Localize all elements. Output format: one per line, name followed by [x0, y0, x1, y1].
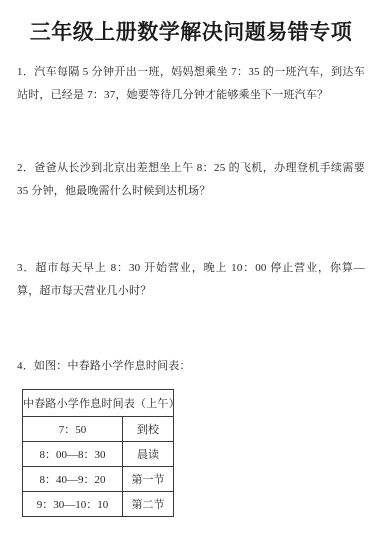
- schedule-table-header-row: 中春路小学作息时间表（上午）: [23, 390, 174, 417]
- time-cell: 7：50: [23, 417, 123, 442]
- schedule-table-title: 中春路小学作息时间表（上午）: [23, 390, 174, 417]
- page-title: 三年级上册数学解决问题易错专项: [17, 0, 365, 45]
- schedule-table: 中春路小学作息时间表（上午） 7：50 到校 8：00—8：30 晨读 8：40…: [22, 389, 174, 517]
- question-1: 1．汽车每隔 5 分钟开出一班，妈妈想乘坐 7：35 的一班汽车，到达车站时，已…: [17, 61, 365, 107]
- activity-cell: 晨读: [123, 442, 174, 467]
- table-row: 8：00—8：30 晨读: [23, 442, 174, 467]
- table-row: 7：50 到校: [23, 417, 174, 442]
- activity-cell: 到校: [123, 417, 174, 442]
- activity-cell: 第二节: [123, 492, 174, 517]
- table-row: 9：30—10：10 第二节: [23, 492, 174, 517]
- question-2: 2．爸爸从长沙到北京出差想坐上午 8：25 的飞机，办理登机手续需要 35 分钟…: [17, 157, 365, 203]
- time-cell: 8：00—8：30: [23, 442, 123, 467]
- worksheet-page: 三年级上册数学解决问题易错专项 1．汽车每隔 5 分钟开出一班，妈妈想乘坐 7：…: [0, 0, 382, 540]
- question-3: 3．超市每天早上 8：30 开始营业，晚上 10：00 停止营业，你算—算，超市…: [17, 257, 365, 303]
- activity-cell: 第一节: [123, 467, 174, 492]
- time-cell: 8：40—9：20: [23, 467, 123, 492]
- time-cell: 9：30—10：10: [23, 492, 123, 517]
- question-4: 4．如图：中春路小学作息时间表：: [17, 355, 365, 378]
- table-row: 8：40—9：20 第一节: [23, 467, 174, 492]
